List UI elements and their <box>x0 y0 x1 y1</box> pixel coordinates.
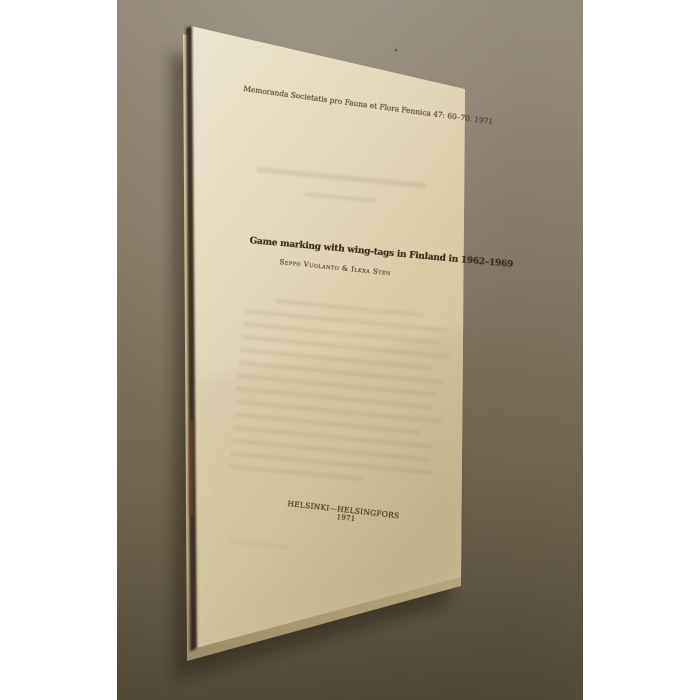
show-through-line <box>228 464 363 480</box>
rust-stain <box>189 420 194 515</box>
photo-listing-canvas: Memoranda Societatis pro Fauna et Flora … <box>0 0 700 700</box>
dust-speck <box>395 49 398 52</box>
photo-background: Memoranda Societatis pro Fauna et Flora … <box>117 0 583 700</box>
show-through-paragraph <box>228 296 469 499</box>
